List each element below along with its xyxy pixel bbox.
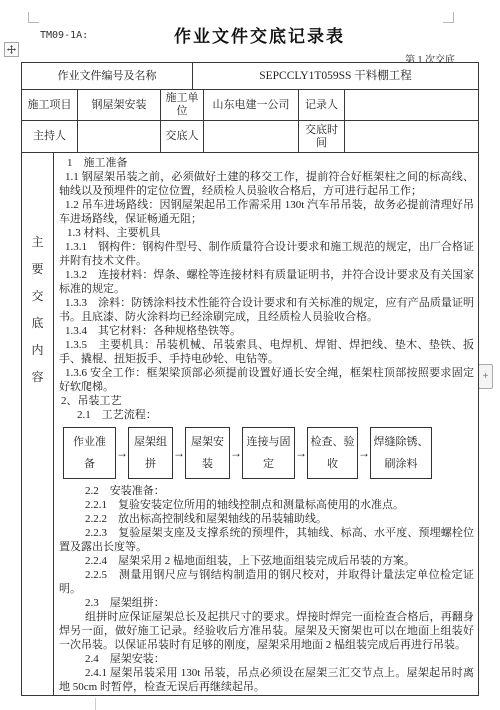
content-paragraph: 2.3 屋架组拼：	[59, 596, 474, 610]
flow-step-line: 屋架组	[134, 431, 167, 453]
four-way-arrow-icon	[7, 45, 16, 54]
content-paragraph: 2.2.4 屋架采用 2 榀地面组装，上下弦地面组装完成后吊装的方案。	[59, 554, 474, 568]
host-label: 主持人	[22, 121, 78, 152]
content-paragraph: 1.3.6 安全工作：框架梁顶部必须提前设置好通长安全绳，框架柱顶部按照要求固定…	[59, 366, 474, 394]
text-boundary-mark-bottom-left	[95, 698, 96, 710]
side-char: 内	[22, 337, 53, 364]
content-paragraph: 2.2.3 复验屋架支座及支撑系统的预埋件，其轴线、标高、水平度、预埋螺栓位置及…	[59, 526, 474, 554]
side-label-main-disclosure-content: 主 要 交 底 内 容	[22, 153, 54, 695]
flow-step-truss-assembly: 屋架组 拼	[128, 427, 173, 479]
record-table: 作业文件编号及名称 SEPCCLY1T059SS 干料棚工程 施工项目 钢屋架安…	[21, 62, 479, 696]
discloser-value-cell[interactable]	[204, 121, 299, 152]
flow-step-inspect-accept: 检查、验 收	[307, 427, 358, 479]
content-paragraph: 1.1 钢屋架吊装之前，必须做好土建的移交工作，提前符合好框架柱之间的标高线、轴…	[59, 170, 474, 198]
table-row-project: 施工项目 钢屋架安装 施工单位 山东电建一公司 记录人	[22, 90, 478, 121]
recorder-label: 记录人	[299, 90, 345, 120]
project-label: 施工项目	[22, 90, 78, 120]
side-char: 主	[22, 229, 53, 256]
host-value-cell[interactable]	[78, 121, 161, 152]
content-paragraph: 2、吊装工艺	[59, 394, 474, 408]
side-char: 容	[22, 364, 53, 391]
content-paragraph: 1 施工准备	[59, 156, 474, 170]
content-paragraph: 2.2 安装准备：	[59, 484, 474, 498]
content-paragraph: 1.3.4 其它材料：各种规格垫铁等。	[59, 324, 474, 338]
flow-step-derust-paint: 焊缝除锈、 刷涂料	[370, 427, 432, 479]
disclosure-content-body: 1 施工准备 1.1 钢屋架吊装之前，必须做好土建的移交工作，提前符合好框架柱之…	[54, 153, 478, 695]
flow-step-line: 收	[327, 453, 338, 475]
flow-step-line: 连接与固	[247, 431, 291, 453]
doc-name-value: SEPCCLY1T059SS 干料棚工程	[193, 63, 478, 89]
content-paragraph: 1.3 材料、主要机具	[59, 226, 474, 240]
flow-arrow-icon: →	[295, 446, 307, 460]
discloser-label: 交底人	[161, 121, 204, 152]
flow-step-line: 屋架安	[191, 431, 224, 453]
content-paragraph: 2.2.2 放出标高控制线和屋架轴线的吊装辅助线。	[59, 512, 474, 526]
doc-name-label: 作业文件编号及名称	[22, 63, 193, 89]
time-value-cell[interactable]	[345, 121, 478, 152]
page-title: 作业文件交底记录表	[19, 22, 500, 47]
content-paragraph: 1.3.3 涂料：防锈涂料技术性能符合设计要求和有关标准的规定，应有产品质量证明…	[59, 296, 474, 324]
recorder-value-cell[interactable]	[345, 90, 478, 120]
flow-step-connect-fix: 连接与固 定	[242, 427, 295, 479]
unit-label: 施工单位	[161, 90, 204, 120]
scroll-plus-button[interactable]: +	[478, 364, 493, 389]
table-row-content: 主 要 交 底 内 容 1 施工准备 1.1 钢屋架吊装之前，必须做好土建的移交…	[22, 153, 478, 695]
flow-step-line: 备	[84, 453, 95, 475]
flow-step-line: 拼	[145, 453, 156, 475]
flow-step-line: 检查、验	[311, 431, 355, 453]
word-document-page: TM09-1A: 作业文件交底记录表 第 1 次交底 + 作业文件编号及名称 S…	[0, 0, 500, 710]
flow-step-line: 刷涂料	[385, 453, 418, 475]
flow-step-line: 焊缝除锈、	[374, 431, 429, 453]
flow-step-line: 作业准	[73, 431, 106, 453]
content-paragraph: 2.1 工艺流程：	[59, 408, 474, 422]
flow-step-line: 装	[202, 453, 213, 475]
content-paragraph: 2.4.1 屋架吊装采用 130t 吊装，吊点必须设在屋架三汇交节点上。屋架起吊…	[59, 666, 474, 694]
flow-step-preparation: 作业准 备	[63, 427, 116, 479]
content-paragraph: 1.3.2 连接材料：焊条、螺栓等连接材料有质量证明书，并符合设计要求及有关国家…	[59, 268, 474, 296]
table-row-host: 主持人 交底人 交底时间	[22, 121, 478, 153]
content-paragraph: 1.2 吊车进场路线：因钢屋架起吊工作需采用 130t 汽车吊吊装，故务必提前清…	[59, 198, 474, 226]
time-label: 交底时间	[299, 121, 345, 152]
side-char: 底	[22, 310, 53, 337]
table-move-handle-icon[interactable]	[4, 42, 19, 57]
flow-arrow-icon: →	[358, 446, 370, 460]
content-paragraph: 2.4 屋架安装：	[59, 652, 474, 666]
flow-arrow-icon: →	[173, 446, 185, 460]
table-row-doc-name: 作业文件编号及名称 SEPCCLY1T059SS 干料棚工程	[22, 63, 478, 90]
content-paragraph: 1.3.1 钢构件：钢构件型号、制作质量符合设计要求和施工规范的规定，出厂合格证…	[59, 240, 474, 268]
process-flowchart: 作业准 备 → 屋架组 拼 → 屋架安 装 → 连接与固	[63, 427, 474, 479]
content-paragraph: 2.2.5 测量用钢尺应与钢结构制造用的钢尺校对，并取得计量法定单位检定证明。	[59, 568, 474, 596]
content-paragraph: 1.3.5 主要机具：吊装机械、吊装索具、电焊机、焊钳、焊把线、垫木、垫铁、扳手…	[59, 338, 474, 366]
flow-arrow-icon: →	[230, 446, 242, 460]
unit-value: 山东电建一公司	[204, 90, 299, 120]
content-paragraph: 2.2.1 复验安装定位所用的轴线控制点和测量标高使用的水准点。	[59, 498, 474, 512]
flow-step-truss-install: 屋架安 装	[185, 427, 230, 479]
side-char: 交	[22, 283, 53, 310]
side-char: 要	[22, 256, 53, 283]
content-paragraph: 组拼时应保证屋架总长及起拱尺寸的要求。焊接时焊完一面检查合格后，再翻身焊另一面，…	[59, 610, 474, 652]
flow-step-line: 定	[263, 453, 274, 475]
flow-arrow-icon: →	[116, 446, 128, 460]
project-value: 钢屋架安装	[78, 90, 161, 120]
